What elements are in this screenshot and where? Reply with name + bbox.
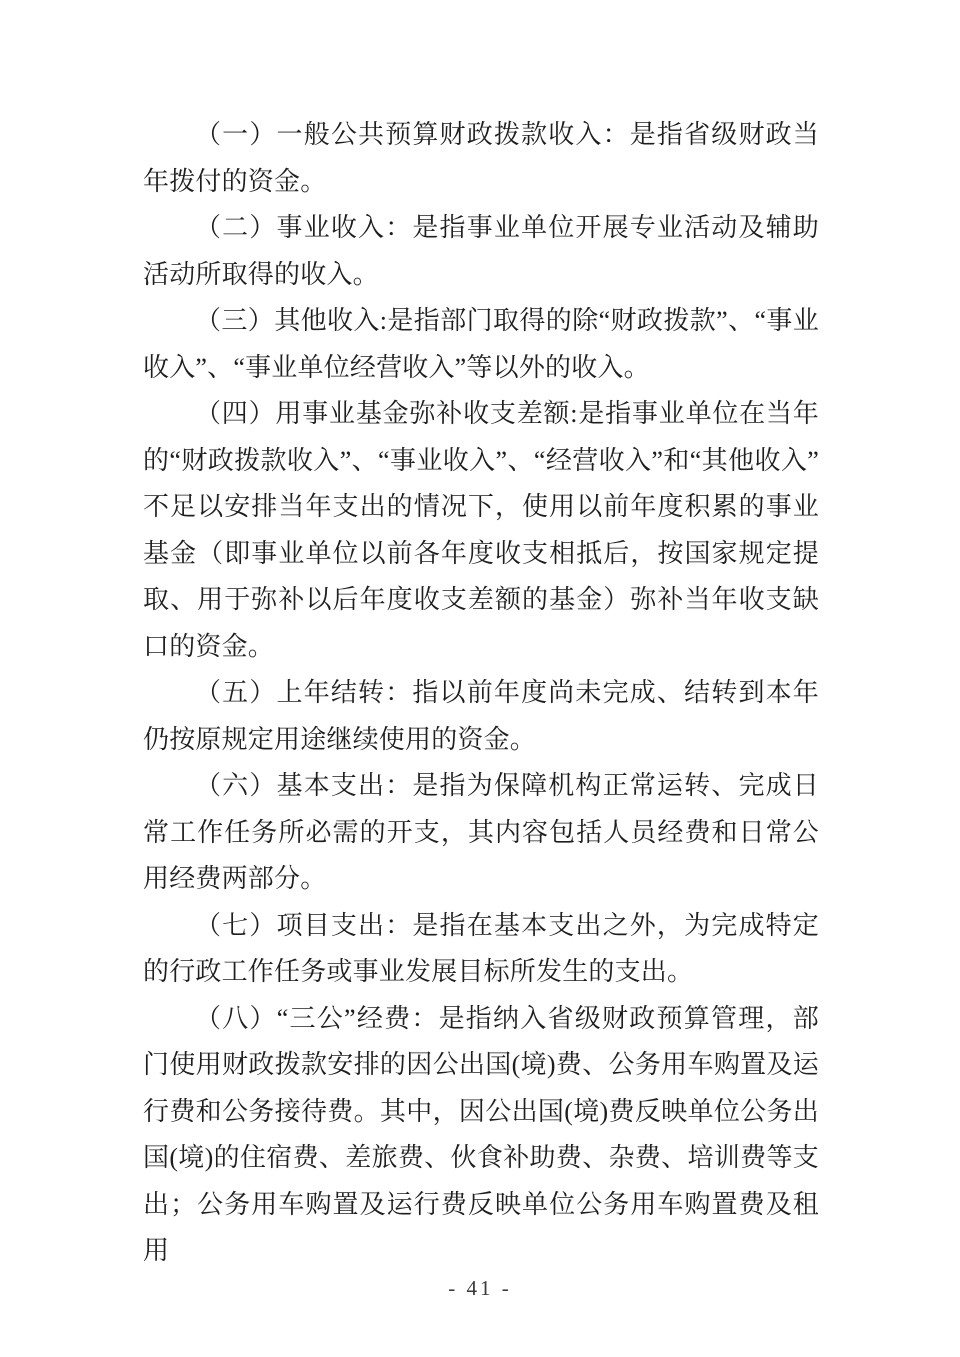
document-page: （一）一般公共预算财政拨款收入：是指省级财政当年拨付的资金。 （二）事业收入：是… xyxy=(0,0,960,1357)
page-number: - 41 - xyxy=(448,1276,512,1300)
paragraph-definition-7: （七）项目支出：是指在基本支出之外，为完成特定的行政工作任务或事业发展目标所发生… xyxy=(143,903,819,996)
paragraph-definition-3: （三）其他收入:是指部门取得的除“财政拨款”、“事业收入”、“事业单位经营收入”… xyxy=(143,298,819,391)
paragraph-definition-5: （五）上年结转：指以前年度尚未完成、结转到本年仍按原规定用途继续使用的资金。 xyxy=(143,670,819,763)
document-body: （一）一般公共预算财政拨款收入：是指省级财政当年拨付的资金。 （二）事业收入：是… xyxy=(143,112,819,1275)
page-footer: - 41 - xyxy=(0,1276,960,1301)
paragraph-definition-8: （八）“三公”经费：是指纳入省级财政预算管理，部门使用财政拨款安排的因公出国(境… xyxy=(143,996,819,1275)
paragraph-definition-1: （一）一般公共预算财政拨款收入：是指省级财政当年拨付的资金。 xyxy=(143,112,819,205)
paragraph-definition-6: （六）基本支出：是指为保障机构正常运转、完成日常工作任务所必需的开支，其内容包括… xyxy=(143,763,819,903)
paragraph-definition-2: （二）事业收入：是指事业单位开展专业活动及辅助活动所取得的收入。 xyxy=(143,205,819,298)
paragraph-definition-4: （四）用事业基金弥补收支差额:是指事业单位在当年的“财政拨款收入”、“事业收入”… xyxy=(143,391,819,670)
